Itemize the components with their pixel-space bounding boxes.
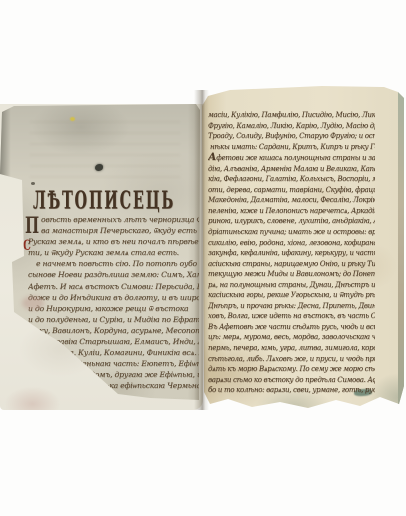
manuscript-line: Днѣпръ, и прочаꙗ рѣкы: Десна, Припеть, Д… <box>208 301 375 312</box>
manuscript-line: Рускаꙗ землѧ, и кто въ неи почалъ пѣрвѣе… <box>28 236 199 247</box>
right-page: масіи, Кулікію, Памфилію, Писидію, Мисію… <box>202 86 406 414</box>
manuscript-line: риноꙗ, илурикъ, словене, лухитіꙗ, аньдрі… <box>208 216 375 227</box>
manuscript-line: текущую межи Миды и Вавилономъ; до Понет… <box>208 269 375 280</box>
manuscript-line: и до полуденьꙗ, и Суріꙗ, и Мидіꙗ по Ефра… <box>28 314 199 325</box>
manuscript-line: дѧть къ морю Вѧрѧскому. По сему же морю … <box>208 364 375 375</box>
manuscript-line: Въ Афетовѣ же части сѣдѧть русь, чюдь и … <box>208 322 375 333</box>
manuscript-line: бо и то колѣно: варѧзи, свеи, урмане, го… <box>208 385 375 396</box>
manuscript-line: ти, и ѿкуду Рускаꙗ землѧ стала есть. <box>28 247 199 258</box>
manuscript-line: ховъ, Волга, иже идеть на въстокъ, въ ча… <box>208 311 375 322</box>
manuscript-line: пеленіꙗ, ꙗже и Пелопонисъ наречетсѧ, Арк… <box>208 206 375 217</box>
manuscript-line: и до Нирокуриꙗ, ꙗкоже рещи ѿ въстока <box>28 303 199 314</box>
manuscript-line: цѣ: мерѧ, мурома, весь, мордва, заволочь… <box>208 332 375 343</box>
manuscript-line: доже и до Инъдикиꙗ въ долготу, и въ широ… <box>28 292 199 303</box>
ink-showthrough <box>30 121 180 183</box>
yellow-stain-mark <box>70 117 75 121</box>
manuscript-line: Фругію, Камалію, Ликію, Карію, Лудію, Ма… <box>208 121 375 132</box>
manuscript-line: касіискыꙗ горы, рекше Угорьскыꙗ, и ѿтудѣ… <box>208 290 375 301</box>
manuscript-line: Троаду, Солиду, Вифунію, Старую Фругію; … <box>208 131 375 142</box>
dark-speck-mark <box>31 182 35 185</box>
manuscript-line: сикилію, евію, родона, хіона, лезовона, … <box>208 238 375 249</box>
manuscript-scan: ЛѢТОПИСЕЦЬ П С овѣсть временныхъ лѣтъ че… <box>0 0 406 516</box>
manuscript-line: асіискыꙗ страны, нарицаемую Онію, и рѣку… <box>208 259 375 270</box>
manuscript-line: овѣсть временныхъ лѣтъ черноризца Федосі… <box>28 214 199 225</box>
right-page-text-block: масіи, Кулікію, Памфилію, Писидію, Мисію… <box>208 110 375 396</box>
manuscript-line: сынове Ноеви раздѣлиша землю: Симъ, Хамъ… <box>28 269 199 280</box>
manuscript-line: Афетови же ꙗшасѧ полунощныꙗ страны и зап… <box>208 152 375 164</box>
manuscript-line: Афетъ. И ꙗсѧ въстокъ Симови: Перьсида, В… <box>28 281 199 292</box>
manuscript-line: діꙗ, Алъваніꙗ, Арменіꙗ Малаꙗ и Великаꙗ, … <box>208 164 375 175</box>
manuscript-line: оти, дерева, сармати, тавріани, Скуфіꙗ, … <box>208 185 375 196</box>
manuscript-line: варѧзи сѣмо ко въстоку до предѣла Симова… <box>208 375 375 386</box>
pink-stain-mark <box>22 296 44 310</box>
manuscript-line: рѧ, на полунощныꙗ страны, Дунаи, Днѣстръ… <box>208 280 375 291</box>
manuscript-line: кіꙗ, Фефлагони, Галатіꙗ, Кольхысъ, Воспо… <box>208 174 375 185</box>
manuscript-line: е начнемъ повѣсть сію. По потопѣ оубо тр… <box>28 258 199 269</box>
manuscript-line: рѣку, Вавилонъ, Кордуна, асурѧне, Месопо… <box>28 325 199 336</box>
gutter-fold-shadow <box>194 90 209 410</box>
manuscript-line: ва манастыря Печерьскаго, ѿкуду есть пош… <box>28 225 199 236</box>
manuscript-line: дріатиньскаꙗ пучина; имать же и островы:… <box>208 227 375 238</box>
manuscript-line: Македоніꙗ, Далматіꙗ, малоси, Фесаліꙗ, Ло… <box>208 195 375 206</box>
manuscript-line: сѣтьгола, либь. Лѧховѣ же, и пруси, и чю… <box>208 354 375 365</box>
manuscript-line: нѣкы имать: Сардани, Критъ, Кипръ и рѣку… <box>208 142 375 153</box>
page-edge-discoloration <box>398 90 406 412</box>
manuscript-line: закунфа, кефалиніꙗ, ифакину, керькуру, и… <box>208 248 375 259</box>
manuscript-line: пермь, печера, ꙗмь, угра, литва, зимигол… <box>208 343 375 354</box>
manuscript-line: масіи, Кулікію, Памфилію, Писидію, Мисію… <box>208 110 375 121</box>
